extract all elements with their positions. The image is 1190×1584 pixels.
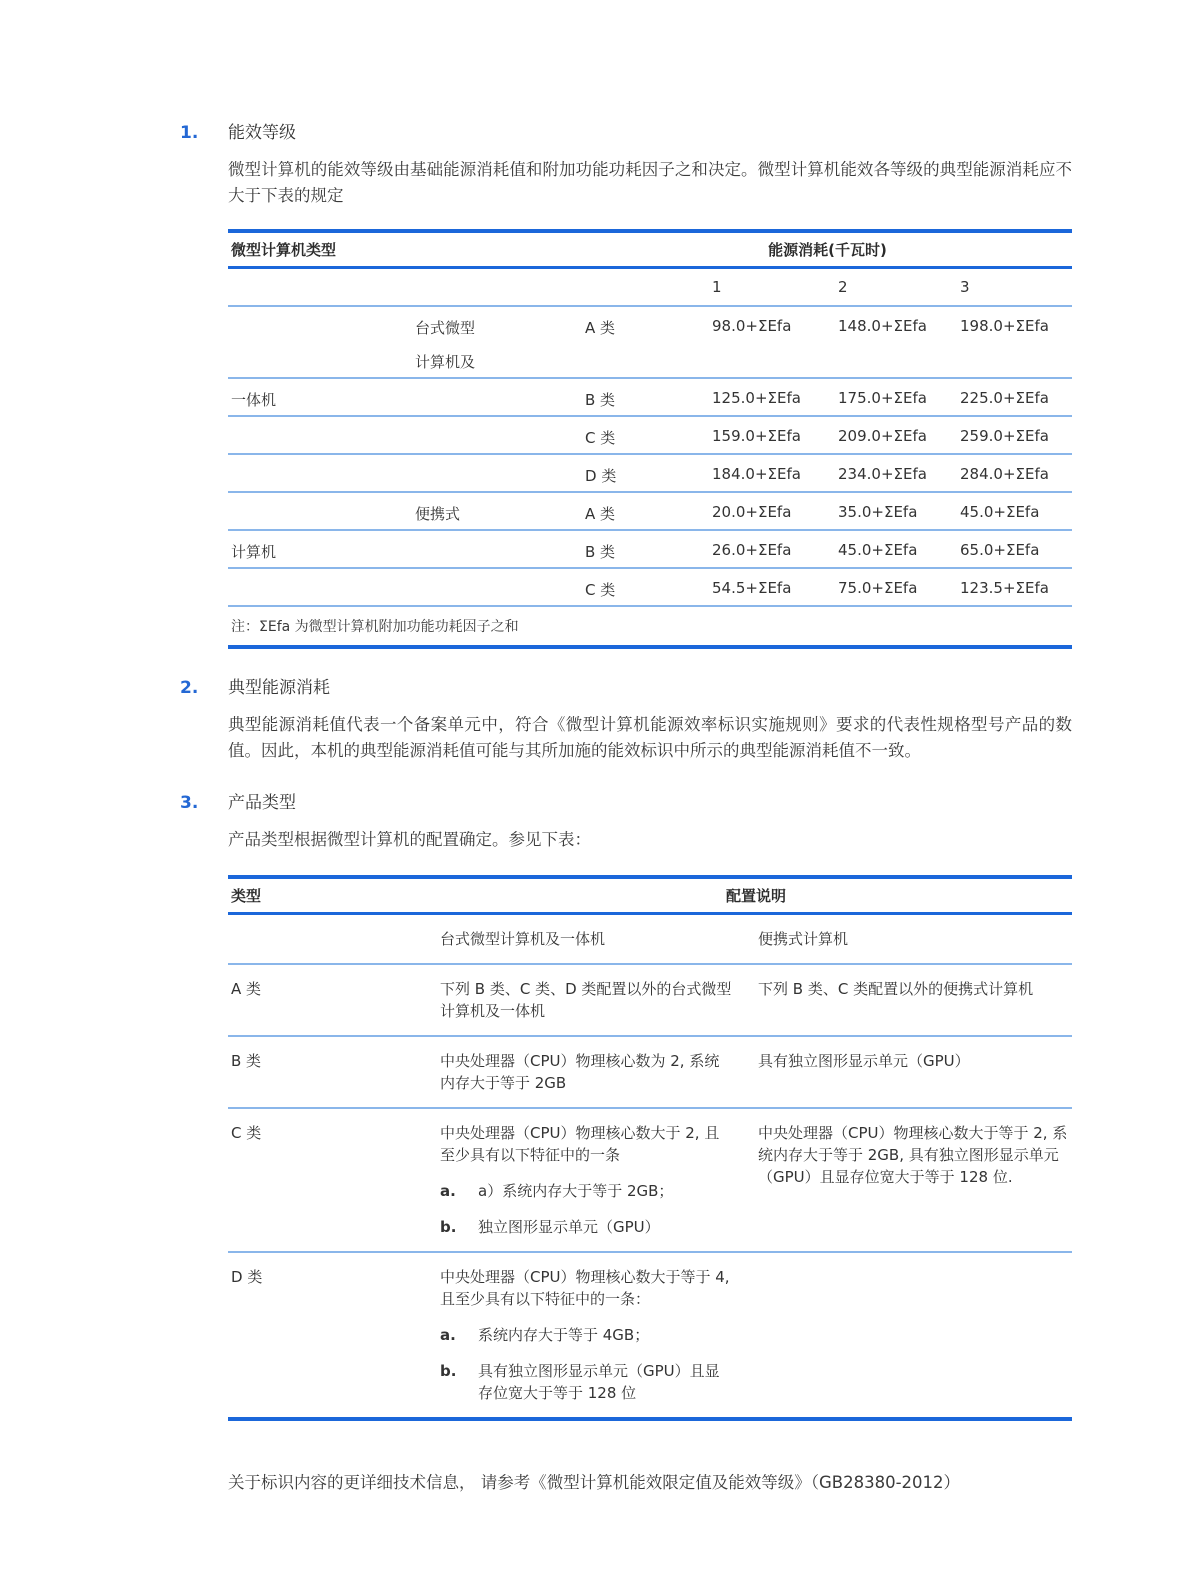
value-grade-3: 259.0+ΣEfa — [958, 417, 1072, 445]
list-marker: a. — [440, 1180, 478, 1202]
table-row: B 类 中央处理器（CPU）物理核心数为 2, 系统内存大于等于 2GB 具有独… — [228, 1037, 1072, 1109]
energy-table-grade-row: 1 2 3 — [228, 269, 1072, 307]
value-grade-1: 26.0+ΣEfa — [710, 531, 836, 559]
energy-consumption-table: 微型计算机类型 能源消耗(千瓦时) 1 2 3 台式微型 计算机及 A 类 98… — [228, 229, 1072, 649]
value-grade-2: 148.0+ΣEfa — [836, 307, 958, 335]
class-label: B 类 — [228, 1037, 440, 1107]
section-1-number: 1. — [180, 123, 228, 143]
class-label: A 类 — [228, 965, 440, 1035]
energy-table-header-row: 微型计算机类型 能源消耗(千瓦时) — [228, 233, 1072, 269]
value-grade-3: 225.0+ΣEfa — [958, 379, 1072, 407]
value-grade-2: 209.0+ΣEfa — [836, 417, 958, 445]
table-row: C 类 中央处理器（CPU）物理核心数大于 2, 且至少具有以下特征中的一条 a… — [228, 1109, 1072, 1253]
portable-config: 具有独立图形显示单元（GPU） — [758, 1037, 1072, 1107]
section-3-number: 3. — [180, 793, 228, 813]
class-label: C 类 — [583, 417, 710, 448]
energy-table-consumption-header: 能源消耗(千瓦时) — [583, 239, 1072, 260]
value-grade-3: 198.0+ΣEfa — [958, 307, 1072, 335]
value-grade-1: 98.0+ΣEfa — [710, 307, 836, 335]
grade-3-header: 3 — [958, 278, 1072, 296]
value-grade-1: 184.0+ΣEfa — [710, 455, 836, 483]
document-page: 1. 能效等级 微型计算机的能效等级由基础能源消耗值和附加功能功耗因子之和决定。… — [0, 0, 1190, 1584]
type-label-portable: 便携式 — [408, 493, 583, 524]
list-item: a. 系统内存大于等于 4GB； — [440, 1324, 734, 1346]
desktop-config: 中央处理器（CPU）物理核心数大于 2, 且至少具有以下特征中的一条 a. a）… — [440, 1109, 758, 1251]
desktop-config: 中央处理器（CPU）物理核心数为 2, 系统内存大于等于 2GB — [440, 1037, 758, 1107]
value-grade-2: 35.0+ΣEfa — [836, 493, 958, 521]
value-grade-1: 159.0+ΣEfa — [710, 417, 836, 445]
value-grade-2: 175.0+ΣEfa — [836, 379, 958, 407]
grade-1-header: 1 — [710, 278, 836, 296]
table-row: C 类 54.5+ΣEfa 75.0+ΣEfa 123.5+ΣEfa — [228, 569, 1072, 607]
energy-table-type-header: 微型计算机类型 — [228, 239, 583, 260]
desktop-config: 中央处理器（CPU）物理核心数大于等于 4, 且至少具有以下特征中的一条： a.… — [440, 1253, 758, 1417]
section-1-heading: 1. 能效等级 — [180, 118, 1072, 143]
type-label-computer: 计算机 — [228, 531, 408, 562]
class-label: C 类 — [228, 1109, 440, 1251]
value-grade-3: 65.0+ΣEfa — [958, 531, 1072, 559]
value-grade-3: 284.0+ΣEfa — [958, 455, 1072, 483]
class-label: C 类 — [583, 569, 710, 600]
table-row: D 类 184.0+ΣEfa 234.0+ΣEfa 284.0+ΣEfa — [228, 455, 1072, 493]
section-2-title: 典型能源消耗 — [228, 673, 330, 698]
type-label-aio: 一体机 — [228, 379, 408, 410]
class-label: B 类 — [583, 531, 710, 562]
table-row: 计算机 B 类 26.0+ΣEfa 45.0+ΣEfa 65.0+ΣEfa — [228, 531, 1072, 569]
table-row: A 类 下列 B 类、C 类、D 类配置以外的台式微型计算机及一体机 下列 B … — [228, 965, 1072, 1037]
table-row: C 类 159.0+ΣEfa 209.0+ΣEfa 259.0+ΣEfa — [228, 417, 1072, 455]
value-grade-1: 125.0+ΣEfa — [710, 379, 836, 407]
table-row: 台式微型 计算机及 A 类 98.0+ΣEfa 148.0+ΣEfa 198.0… — [228, 307, 1072, 379]
footer-reference: 关于标识内容的更详细技术信息， 请参考《微型计算机能效限定值及能效等级》（GB2… — [228, 1469, 1100, 1493]
value-grade-2: 234.0+ΣEfa — [836, 455, 958, 483]
grade-2-header: 2 — [836, 278, 958, 296]
portable-config: 下列 B 类、C 类配置以外的便携式计算机 — [758, 965, 1072, 1035]
list-item: b. 具有独立图形显示单元（GPU）且显存位宽大于等于 128 位 — [440, 1360, 734, 1404]
class-label: D 类 — [583, 455, 710, 486]
section-2-heading: 2. 典型能源消耗 — [180, 673, 1072, 698]
list-marker: b. — [440, 1216, 478, 1238]
product-table-header-row: 类型 配置说明 — [228, 879, 1072, 915]
portable-config: 中央处理器（CPU）物理核心数大于等于 2, 系统内存大于等于 2GB, 具有独… — [758, 1109, 1072, 1251]
section-2-number: 2. — [180, 678, 228, 698]
type-label-desktop: 台式微型 计算机及 — [408, 307, 583, 372]
value-grade-2: 45.0+ΣEfa — [836, 531, 958, 559]
subheader-portable: 便携式计算机 — [758, 915, 1072, 963]
portable-config — [758, 1253, 1072, 1417]
section-3-paragraph: 产品类型根据微型计算机的配置确定。参见下表： — [228, 827, 1072, 853]
section-3-heading: 3. 产品类型 — [180, 788, 1072, 813]
value-grade-3: 45.0+ΣEfa — [958, 493, 1072, 521]
class-label: A 类 — [583, 493, 710, 524]
energy-table-note: 注：ΣEfa 为微型计算机附加功能功耗因子之和 — [228, 607, 1072, 645]
section-3-title: 产品类型 — [228, 788, 296, 813]
section-1-title: 能效等级 — [228, 118, 296, 143]
list-marker: a. — [440, 1324, 478, 1346]
product-table-config-header: 配置说明 — [440, 885, 1072, 906]
class-label: A 类 — [583, 307, 710, 338]
value-grade-1: 54.5+ΣEfa — [710, 569, 836, 597]
desktop-config-intro: 中央处理器（CPU）物理核心数大于等于 4, 且至少具有以下特征中的一条： — [440, 1266, 734, 1310]
product-table-type-header: 类型 — [228, 885, 440, 906]
product-type-table: 类型 配置说明 台式微型计算机及一体机 便携式计算机 A 类 下列 B 类、C … — [228, 875, 1072, 1421]
table-row: D 类 中央处理器（CPU）物理核心数大于等于 4, 且至少具有以下特征中的一条… — [228, 1253, 1072, 1417]
value-grade-2: 75.0+ΣEfa — [836, 569, 958, 597]
subheader-desktop: 台式微型计算机及一体机 — [440, 915, 758, 963]
class-label: B 类 — [583, 379, 710, 410]
section-2-paragraph: 典型能源消耗值代表一个备案单元中，符合《微型计算机能源效率标识实施规则》要求的代… — [228, 712, 1072, 764]
desktop-config: 下列 B 类、C 类、D 类配置以外的台式微型计算机及一体机 — [440, 965, 758, 1035]
table-row: 便携式 A 类 20.0+ΣEfa 35.0+ΣEfa 45.0+ΣEfa — [228, 493, 1072, 531]
table-row: 一体机 B 类 125.0+ΣEfa 175.0+ΣEfa 225.0+ΣEfa — [228, 379, 1072, 417]
section-1-paragraph: 微型计算机的能效等级由基础能源消耗值和附加功能功耗因子之和决定。微型计算机能效各… — [228, 157, 1072, 209]
value-grade-3: 123.5+ΣEfa — [958, 569, 1072, 597]
desktop-config-intro: 中央处理器（CPU）物理核心数大于 2, 且至少具有以下特征中的一条 — [440, 1122, 734, 1166]
class-label: D 类 — [228, 1253, 440, 1417]
product-table-subheader-row: 台式微型计算机及一体机 便携式计算机 — [228, 915, 1072, 965]
list-marker: b. — [440, 1360, 478, 1404]
value-grade-1: 20.0+ΣEfa — [710, 493, 836, 521]
list-item: b. 独立图形显示单元（GPU） — [440, 1216, 734, 1238]
list-item: a. a）系统内存大于等于 2GB； — [440, 1180, 734, 1202]
